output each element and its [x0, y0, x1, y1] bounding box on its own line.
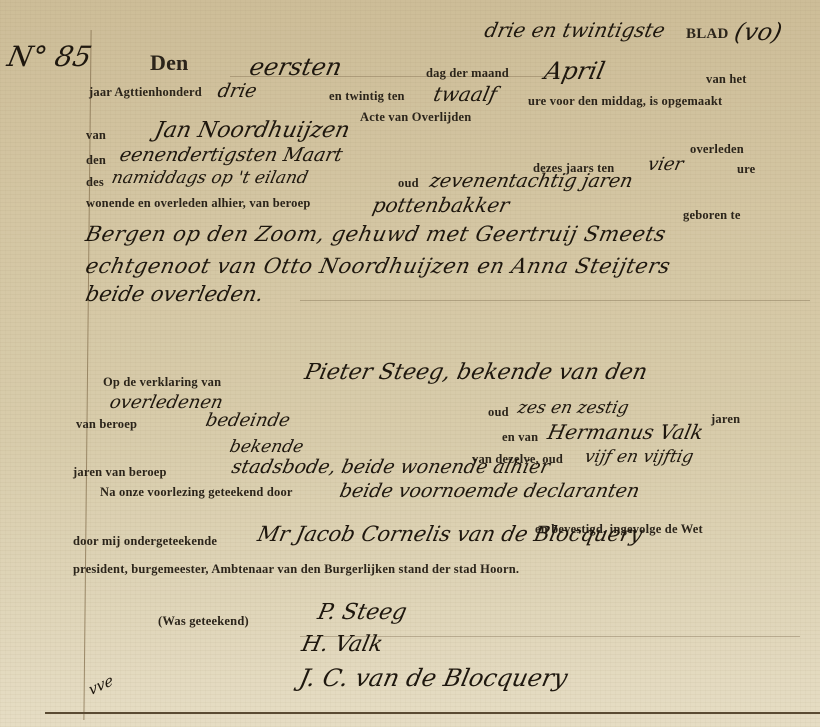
signers-handwritten: beide voornoemde declaranten — [338, 480, 642, 502]
official-line: president, burgemeester, Ambtenaar van d… — [73, 562, 519, 577]
signature-2: H. Valk — [299, 632, 385, 657]
parents-line: echtgenoot van Otto Noordhuijzen en Anna… — [83, 254, 672, 278]
sheet-number-handwritten: drie en twintigste — [482, 18, 667, 42]
den-label: Den — [150, 50, 189, 76]
bottom-rule — [45, 712, 820, 714]
declarant2-name: Hermanus Valk — [545, 420, 705, 444]
declarant1-age: zes en zestig — [516, 398, 631, 418]
rule-line — [300, 300, 810, 301]
day-handwritten: eersten — [247, 53, 344, 81]
des-label: des — [86, 175, 104, 190]
official-name: Mr Jacob Cornelis van de Blocquery — [255, 522, 644, 546]
declarant2-age: vijf en vijftig — [583, 447, 695, 467]
deceased-name: Jan Noordhuijzen — [152, 118, 352, 143]
year-prefix: jaar Agttienhonderd — [89, 85, 202, 100]
hour-suffix: ure voor den middag, is opgemaakt — [528, 94, 722, 109]
year-handwritten: drie — [216, 80, 259, 102]
ure-label: ure — [737, 162, 755, 177]
twenty-ten-label: en twintig ten — [329, 89, 405, 104]
death-hour: vier — [646, 154, 686, 175]
signature-3: J. C. van de Blocquery — [297, 664, 570, 692]
van-label: van — [86, 128, 106, 143]
sheet-side: (vo) — [732, 18, 785, 46]
deceased-age: zevenentachtig jaren — [428, 170, 635, 192]
declarant1-name: Pieter Steeg, bekende van den — [302, 360, 649, 385]
death-date: eenendertigsten Maart — [118, 144, 345, 166]
death-time-detail: namiddags op 't eiland — [110, 168, 310, 188]
den-small-label: den — [86, 153, 106, 168]
residing-label: wonende en overleden alhier, van beroep — [86, 196, 310, 211]
born-at-label: geboren te — [683, 208, 741, 223]
by-me-label: door mij ondergeteekende — [73, 534, 217, 549]
month-handwritten: April — [542, 57, 607, 85]
en-van-label: en van — [502, 430, 538, 445]
margin-note: vve — [87, 671, 115, 700]
declarant1-occupation: bedeinde — [204, 410, 292, 431]
oud2-label: oud — [488, 405, 509, 420]
signature-1: P. Steeg — [315, 600, 409, 625]
declarant2-prefix: bekende — [228, 437, 305, 457]
overleden-label: overleden — [690, 142, 744, 157]
hour-handwritten: twaalf — [431, 82, 499, 106]
occupation-handwritten: pottenbakker — [370, 193, 511, 217]
read-signed-label: Na onze voorlezing geteekend door — [100, 485, 293, 500]
parents-status: beide overleden. — [83, 282, 265, 306]
jaren-van-beroep-label: jaren van beroep — [73, 465, 167, 480]
record-number: N° 85 — [4, 40, 94, 73]
declaration-label: Op de verklaring van — [103, 375, 221, 390]
jaren-label: jaren — [711, 412, 740, 427]
was-signed-label: (Was geteekend) — [158, 614, 249, 629]
oud-label: oud — [398, 176, 419, 191]
sheet-label: BLAD — [686, 26, 728, 43]
acte-title: Acte van Overlijden — [360, 110, 471, 125]
day-label: dag der maand — [426, 66, 509, 81]
of-the-label: van het — [706, 72, 747, 87]
birth-place-line: Bergen op den Zoom, gehuwd met Geertruij… — [83, 222, 668, 246]
van-beroep-label: van beroep — [76, 417, 137, 432]
declarant2-occupation: stadsbode, beide wonende alhier — [230, 456, 552, 478]
